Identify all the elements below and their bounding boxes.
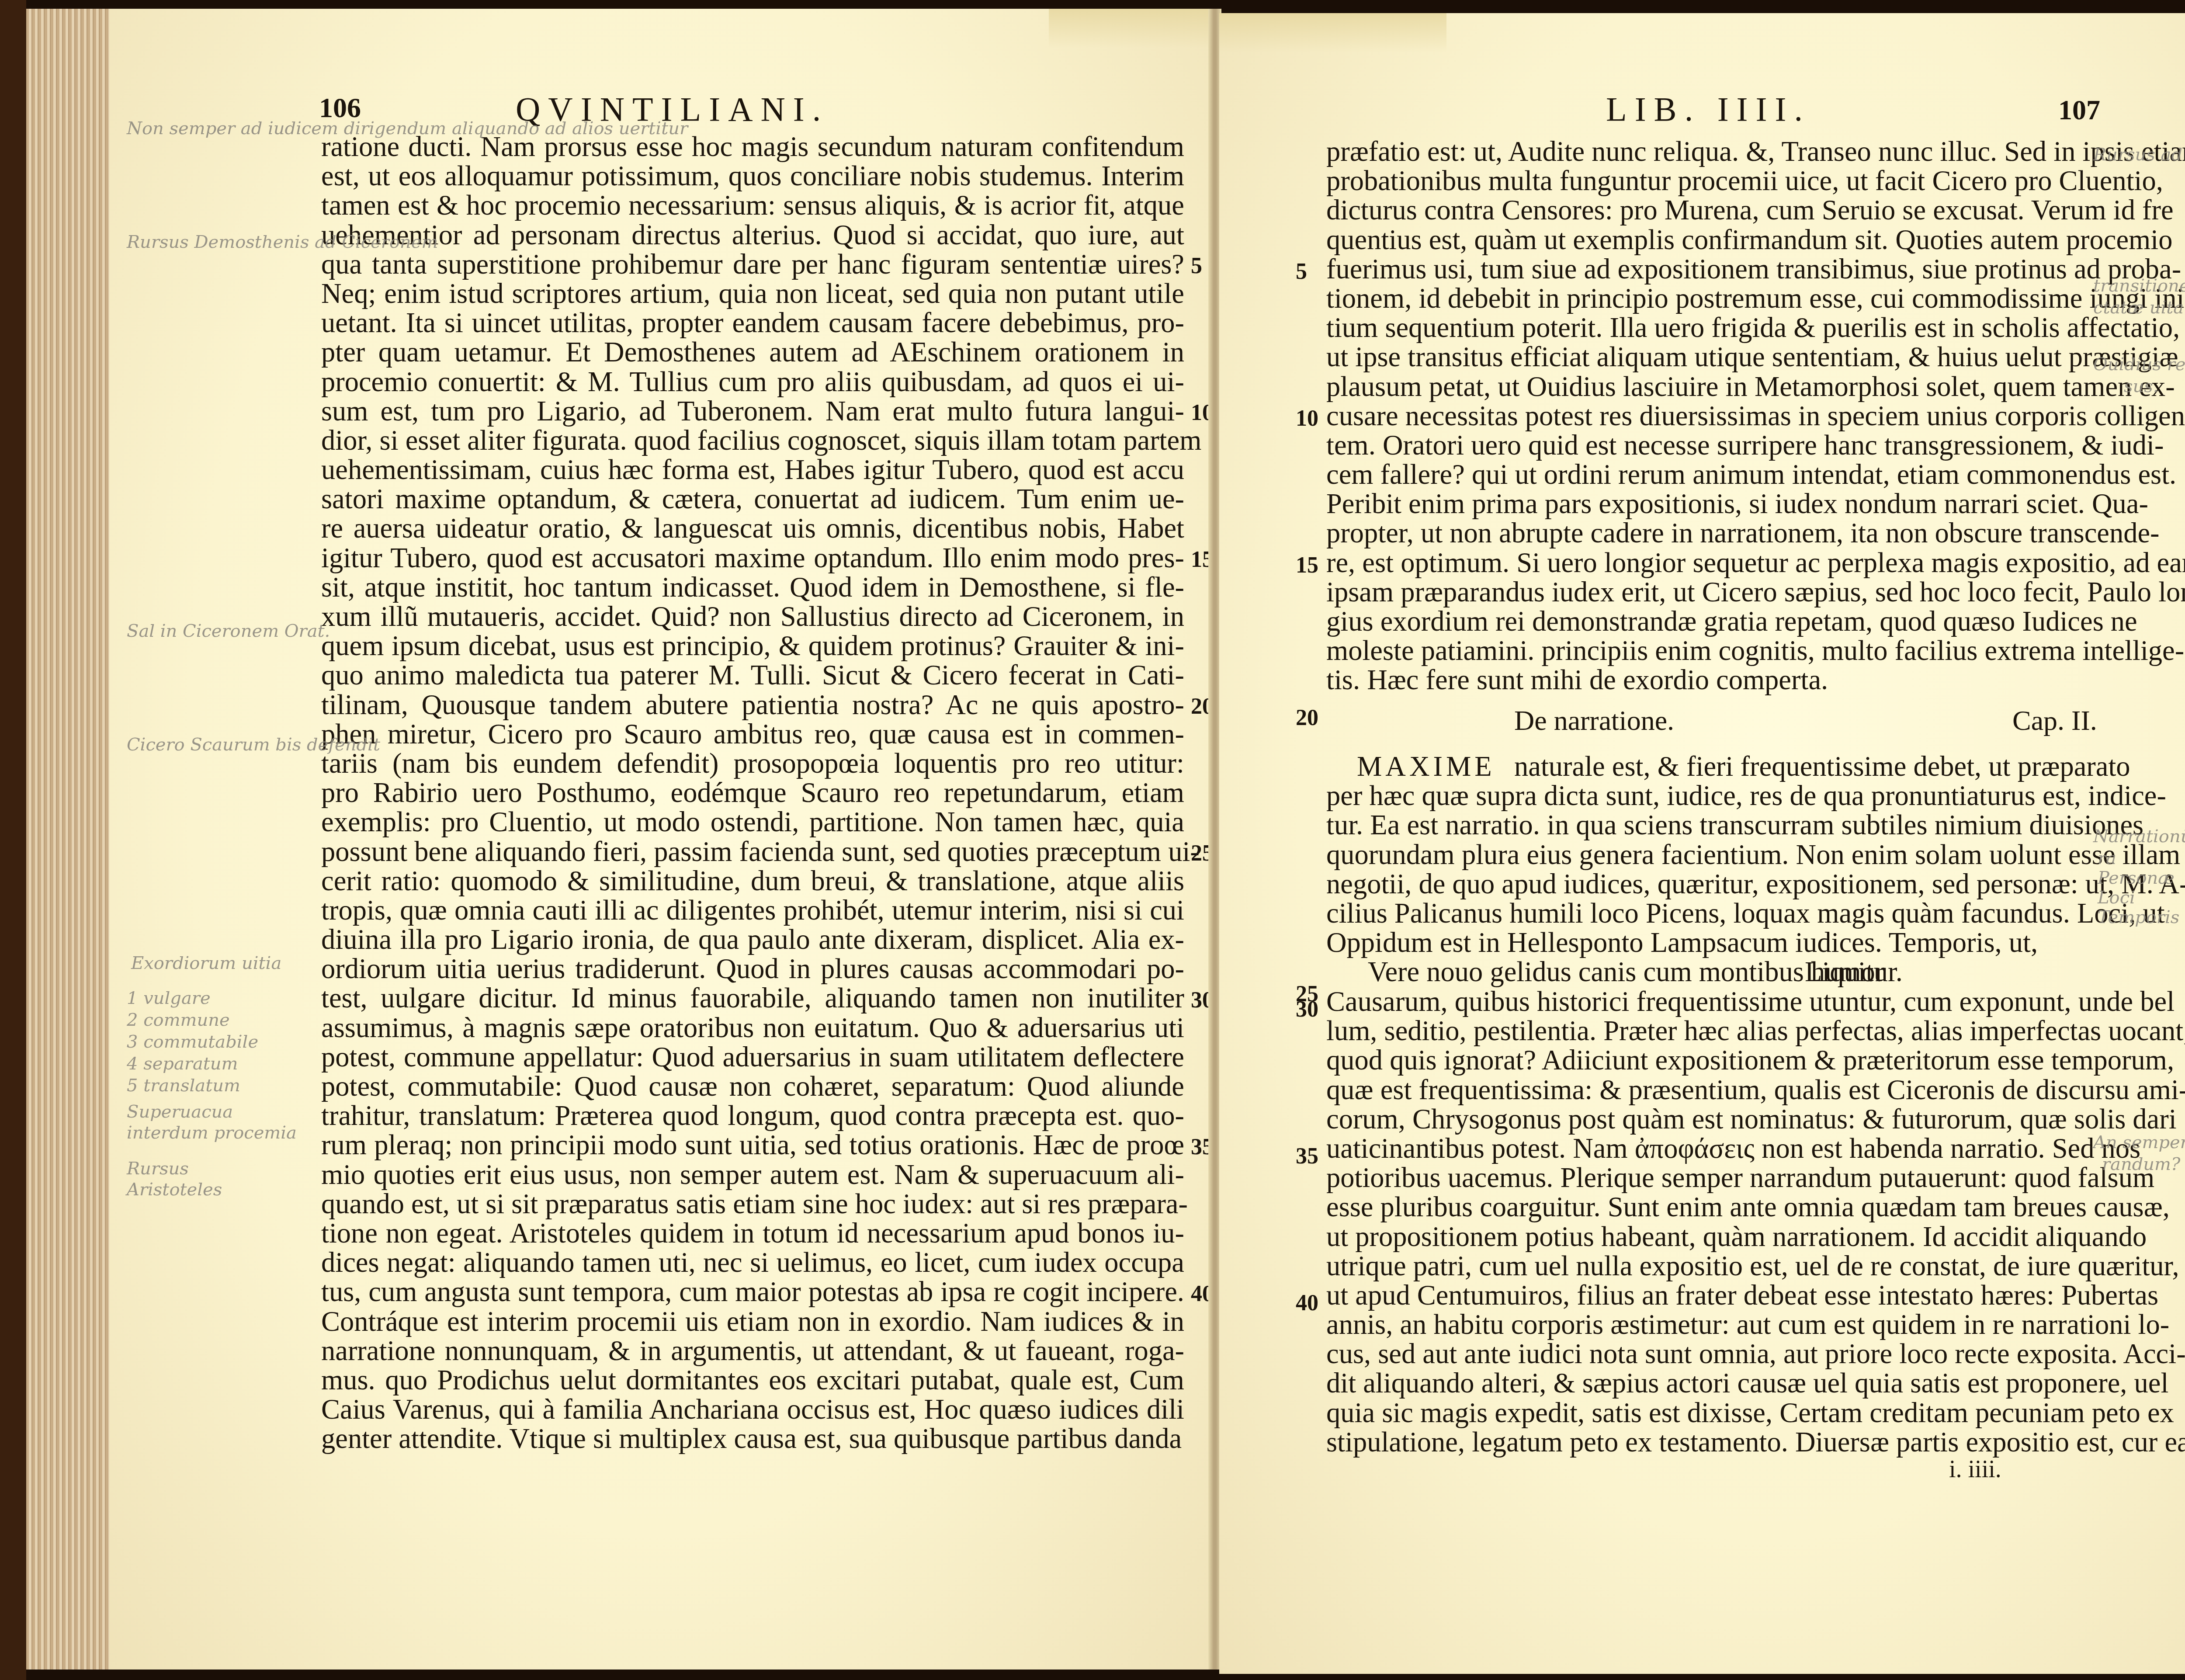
text-line: annis, an habitu corporis æstimetur: aut… (1326, 1310, 2109, 1339)
water-stain (1219, 13, 1446, 52)
text-line: tione non egeat. Aristoteles quidem in t… (321, 1218, 1184, 1248)
text-line: cem fallere? qui ut ordini rerum animum … (1326, 460, 2109, 489)
text-line: diuina illa pro Ligario ironia, de qua p… (321, 925, 1184, 954)
text-line: dior, si esset aliter figurata. quod fac… (321, 426, 1184, 455)
text-line: probationibus multa funguntur procemii u… (1326, 166, 2109, 195)
text-line: negotii, de quo apud iudices, quæritur, … (1326, 869, 2109, 899)
marginal-note: ra (2098, 848, 2116, 869)
marginal-note: Exordiorum uitia (131, 953, 281, 974)
text-line: esse pluribus coarguitur. Sunt enim ante… (1326, 1192, 2109, 1222)
right-page: LIB. IIII. 107 præfatio est: ut, Audite … (1219, 13, 2185, 1674)
text-line: pter quam uetamur. Et Demosthenes autem … (321, 337, 1184, 367)
text-line: quando est, ut si sit præparatus satis e… (321, 1189, 1184, 1218)
marginal-note: Rursus Demosthenis ad Ciceronem (127, 232, 438, 253)
text-line: quem ipsum dicebat, usus est principio, … (321, 631, 1184, 660)
text-line: xum illũ mutaueris, accidet. Quid? non S… (321, 602, 1184, 631)
text-line: genter attendite. Vtique si multiplex ca… (321, 1424, 1184, 1453)
text-line: quod quis ignorat? Adiiciunt expositione… (1326, 1045, 2109, 1075)
text-line: phen miretur, Cicero pro Scauro ambitus … (321, 719, 1184, 749)
text-line: cus, sed aut ante iudici nota sunt omnia… (1326, 1339, 2109, 1368)
text-line: test, uulgare dicitur. Id minus fauorabi… (321, 983, 1184, 1013)
text-line: pro Rabirio uero Posthumo, eodémque Scau… (321, 778, 1184, 807)
text-line: exemplis: pro Cluentio, ut modo ostendi,… (321, 807, 1184, 837)
text-line: stipulatione, legatum peto ex testamento… (1326, 1427, 2109, 1457)
running-head: LIB. IIII. (1606, 90, 1810, 129)
text-line: tilinam, Quousque tandem abutere patient… (321, 690, 1184, 719)
text-line: cilius Palicanus humili loco Picens, loq… (1326, 899, 2109, 928)
water-stain (1049, 9, 1210, 48)
text-line: potioribus uacemus. Plerique semper narr… (1326, 1163, 2109, 1192)
right-body-text-narratio: naturale est, & fieri frequentissime deb… (1326, 752, 2109, 957)
text-line: tropis, quæ omnia cauti illi ac diligent… (321, 896, 1184, 925)
text-line: Peribit enim prima pars expositionis, si… (1326, 489, 2109, 518)
text-line: naturale est, & fieri frequentissime deb… (1326, 752, 2109, 781)
text-line: potest, commune appellatur: Quod aduersa… (321, 1042, 1184, 1072)
line-number: 40 (1296, 1290, 1318, 1316)
text-line: quentius est, quàm ut exemplis confirman… (1326, 225, 2109, 254)
text-line: utrique patri, cum uel nulla expositio e… (1326, 1251, 2109, 1281)
line-number: 5 (1296, 259, 1307, 285)
text-line: procemio conuertit: & M. Tullius cum pro… (321, 367, 1184, 396)
marginal-note: randum? Neg. (2102, 1154, 2185, 1175)
text-line: uetant. Ita si uincet utilitas, propter … (321, 308, 1184, 337)
text-line: qua tanta superstitione prohibemur dare … (321, 250, 1184, 279)
text-line: re auersa uideatur oratio, & languescat … (321, 514, 1184, 543)
marginal-note: sus. (2124, 376, 2159, 397)
text-line: dicturus contra Censores: pro Murena, cu… (1326, 195, 2109, 225)
text-line: dices negat: aliquando tamen uti, nec si… (321, 1248, 1184, 1277)
chapter-number: Cap. II. (2012, 705, 2097, 737)
right-body-text: præfatio est: ut, Audite nunc reliqua. &… (1326, 137, 2109, 695)
line-number: 35 (1296, 1143, 1318, 1169)
text-line: Causarum, quibus historici frequentissim… (1326, 987, 2109, 1016)
book-spread: 106 QVINTILIANI. ratione ducti. Nam pror… (0, 0, 2185, 1680)
marginal-note: 2 commune (127, 1010, 230, 1031)
line-number: 30 (1296, 996, 1318, 1022)
text-line: per hæc quæ supra dicta sunt, iudice, re… (1326, 781, 2109, 810)
marginal-note: Superuacua interdum procemia (127, 1101, 310, 1143)
text-line: quia sic magis expedit, satis est dixiss… (1326, 1398, 2109, 1427)
right-body-text-continued: Causarum, quibus historici frequentissim… (1326, 987, 2109, 1457)
text-line: lum, seditio, pestilentia. Præter hæc al… (1326, 1016, 2109, 1045)
text-line: Oppidum est in Hellesponto Lampsacum iud… (1326, 928, 2109, 957)
marginal-note: Loci (2098, 887, 2135, 908)
text-line: tus, cum angusta sunt tempora, cum maior… (321, 1277, 1184, 1306)
marginal-note: 3 commutabile (127, 1031, 258, 1052)
text-line: dit aliquando alteri, & sæpius actori ca… (1326, 1368, 2109, 1398)
line-number: 5 (1191, 253, 1202, 279)
text-line: præfatio est: ut, Audite nunc reliqua. &… (1326, 137, 2109, 166)
marginal-note: Temporis &c. (2098, 907, 2185, 928)
marginal-note: transitiones affe- (2093, 275, 2185, 296)
text-line: cerit ratio: quomodo & similitudine, dum… (321, 866, 1184, 896)
text-line: cusare necessitas potest res diuersissim… (1326, 401, 2109, 430)
text-line: tariis (nam bis eundem defendit) prosopo… (321, 749, 1184, 778)
text-line: potest, commutabile: Quod causæ non cohæ… (321, 1072, 1184, 1101)
chapter-title: De narratione. (1514, 705, 1674, 737)
text-line: sit, atque institit, hoc tantum indicass… (321, 573, 1184, 602)
marginal-note: 4 separatum (127, 1053, 238, 1074)
text-line: re, est optimum. Si uero longior sequetu… (1326, 548, 2109, 577)
marginal-note: Non semper ad iudicem dirigendum aliquan… (127, 118, 688, 139)
text-line: Neq; enim istud scriptores artium, quia … (321, 279, 1184, 308)
text-line: ut propositionem potius habeant, quàm na… (1326, 1222, 2109, 1251)
marginal-note: Sal in Ciceronem Orat. (127, 621, 330, 642)
text-line: Contráque est interim procemii uis etiam… (321, 1307, 1184, 1336)
text-line: sum est, tum pro Ligario, ad Tuberonem. … (321, 396, 1184, 426)
text-line: mus. quo Prodichus uelut dormitantes eos… (321, 1365, 1184, 1395)
text-line: est, ut eos alloquamur potissimum, quos … (321, 161, 1184, 191)
text-line: tionem, id debebit in principio postremu… (1326, 284, 2109, 313)
text-line: quo animo maledicta tua paterer M. Tulli… (321, 660, 1184, 690)
text-line: propter, ut non abrupte cadere in narrat… (1326, 518, 2109, 548)
text-line: ut apud Centumuiros, filius an frater de… (1326, 1281, 2109, 1310)
text-line: fuerimus usi, tum siue ad expositionem t… (1326, 254, 2109, 284)
line-number: 10 (1296, 406, 1318, 431)
verse-tail: Liquitur. (1805, 957, 1936, 986)
text-line: tium sequentium poterit. Illa uero frigi… (1326, 313, 2109, 342)
signature-mark: i. iiii. (1949, 1455, 2001, 1483)
text-line: quæ est frequentissima: & præsentium, qu… (1326, 1075, 2109, 1104)
text-line: uehementissimam, cuius hæc forma est, Ha… (321, 455, 1184, 484)
text-line: corum, Chrysogonus post quàm est nominat… (1326, 1104, 2109, 1134)
text-line: uaticinantibus potest. Nam ἀποφάσεις non… (1326, 1134, 2109, 1163)
text-line: moleste patiamini. principiis enim cogni… (1326, 636, 2109, 665)
page-number: 107 (2058, 94, 2100, 126)
text-line: Caius Varenus, qui à familia Anchariana … (321, 1395, 1184, 1424)
book-cover-edge (0, 0, 26, 1680)
marginal-note: An semper nar- (2093, 1132, 2185, 1153)
marginal-note: 1 vulgare (127, 988, 211, 1009)
left-body-text: ratione ducti. Nam prorsus esse hoc magi… (321, 132, 1184, 1453)
marginal-note: 5 translatum (127, 1075, 240, 1096)
text-line: quorundam plura eius genera facientium. … (1326, 840, 2109, 869)
text-line: gius exordium rei demonstrandæ gratia re… (1326, 607, 2109, 636)
text-line: narratione nonnunquam, & in argumentis, … (321, 1336, 1184, 1365)
marginal-note: Personæ (2098, 868, 2175, 889)
text-line: tis. Hæc fere sunt mihi de exordio compe… (1326, 665, 2109, 694)
marginal-note: Rursus Aristoteles (127, 1158, 258, 1200)
marginal-note: Rursus ad Ciceronem (2093, 144, 2185, 165)
text-line: tur. Ea est narratio. in qua sciens tran… (1326, 810, 2109, 840)
text-line: mio quoties erit eius usus, non semper a… (321, 1160, 1184, 1189)
text-line: trahitur, translatum: Præterea quod long… (321, 1101, 1184, 1130)
text-line: satori maxime optandum, & cætera, conuer… (321, 484, 1184, 514)
text-line: ordiorum uitia uerius tradiderunt. Quod … (321, 954, 1184, 983)
text-line: ut ipse transitus efficiat aliquam utiqu… (1326, 342, 2109, 371)
text-line: rum pleraq; non principii modo sunt uiti… (321, 1130, 1184, 1159)
line-number: 20 (1296, 705, 1318, 731)
text-line: plausum petat, ut Ouidius lasciuire in M… (1326, 372, 2109, 401)
marginal-note: Ouidius reprehē- (2093, 354, 2185, 375)
text-line: possunt bene aliquando fieri, passim fac… (321, 837, 1184, 866)
text-line: tamen est & hoc procemio necessarium: se… (321, 191, 1184, 220)
line-number: 15 (1296, 552, 1318, 578)
left-page: 106 QVINTILIANI. ratione ducti. Nam pror… (109, 9, 1210, 1670)
text-line: ipsam præparandus iudex erit, ut Cicero … (1326, 577, 2109, 607)
text-line: igitur Tubero, quod est accusatori maxim… (321, 543, 1184, 573)
marginal-note: Cicero Scaurum bis defendit (127, 734, 380, 755)
text-line: tem. Oratori uero quid est necesse surri… (1326, 430, 2109, 460)
left-fore-edge (26, 9, 110, 1670)
text-line: uehementior ad personam directus alteriu… (321, 220, 1184, 250)
text-line: assumimus, à magnis sæpe oratoribus non … (321, 1013, 1184, 1042)
marginal-note: Narrationū gene- (2093, 826, 2185, 847)
marginal-note: ctatæ uitandæ. (2093, 297, 2185, 318)
